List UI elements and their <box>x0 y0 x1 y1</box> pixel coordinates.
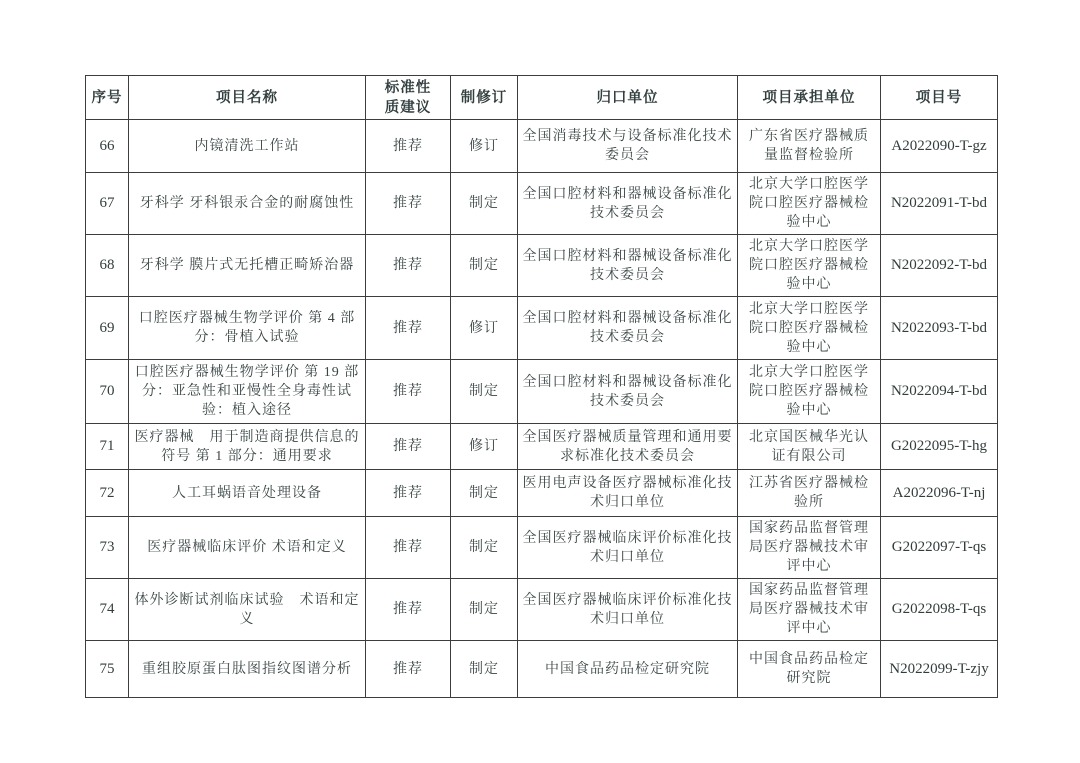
row-number: 75 <box>86 641 129 698</box>
undertaking-unit: 广东省医疗器械质量监督检验所 <box>738 120 881 173</box>
revision-type: 制定 <box>451 517 518 579</box>
project-name: 牙科学 膜片式无托槽正畸矫治器 <box>129 235 366 297</box>
centralized-unit: 全国医疗器械临床评价标准化技术归口单位 <box>518 517 738 579</box>
standard-nature: 推荐 <box>366 579 451 641</box>
row-number: 70 <box>86 360 129 424</box>
project-name: 医疗器械临床评价 术语和定义 <box>129 517 366 579</box>
table-row: 69口腔医疗器械生物学评价 第 4 部分：骨植入试验推荐修订全国口腔材料和器械设… <box>86 297 998 360</box>
standard-nature: 推荐 <box>366 360 451 424</box>
project-name: 内镜清洗工作站 <box>129 120 366 173</box>
undertaking-unit: 北京国医械华光认证有限公司 <box>738 424 881 470</box>
standard-nature: 推荐 <box>366 120 451 173</box>
table-row: 75重组胶原蛋白肽图指纹图谱分析推荐制定中国食品药品检定研究院中国食品药品检定研… <box>86 641 998 698</box>
project-code: N2022099-T-zjy <box>881 641 998 698</box>
project-name: 口腔医疗器械生物学评价 第 19 部分：亚急性和亚慢性全身毒性试验：植入途径 <box>129 360 366 424</box>
table-row: 72人工耳蜗语音处理设备推荐制定医用电声设备医疗器械标准化技术归口单位江苏省医疗… <box>86 470 998 517</box>
row-number: 68 <box>86 235 129 297</box>
header-standard-nature: 标准性质建议 <box>366 76 451 120</box>
centralized-unit: 全国口腔材料和器械设备标准化技术委员会 <box>518 297 738 360</box>
revision-type: 制定 <box>451 360 518 424</box>
project-code: N2022093-T-bd <box>881 297 998 360</box>
row-number: 71 <box>86 424 129 470</box>
revision-type: 修订 <box>451 297 518 360</box>
header-centralized-unit: 归口单位 <box>518 76 738 120</box>
standard-nature: 推荐 <box>366 641 451 698</box>
project-name: 重组胶原蛋白肽图指纹图谱分析 <box>129 641 366 698</box>
undertaking-unit: 国家药品监督管理局医疗器械技术审评中心 <box>738 517 881 579</box>
revision-type: 制定 <box>451 579 518 641</box>
project-code: G2022098-T-qs <box>881 579 998 641</box>
standard-nature: 推荐 <box>366 424 451 470</box>
project-name: 人工耳蜗语音处理设备 <box>129 470 366 517</box>
centralized-unit: 全国医疗器械临床评价标准化技术归口单位 <box>518 579 738 641</box>
centralized-unit: 全国口腔材料和器械设备标准化技术委员会 <box>518 173 738 235</box>
table-row: 70口腔医疗器械生物学评价 第 19 部分：亚急性和亚慢性全身毒性试验：植入途径… <box>86 360 998 424</box>
undertaking-unit: 北京大学口腔医学院口腔医疗器械检验中心 <box>738 173 881 235</box>
document-page: 序号 项目名称 标准性质建议 制修订 归口单位 项目承担单位 项目号 66内镜清… <box>0 0 1080 763</box>
project-code: A2022096-T-nj <box>881 470 998 517</box>
table-row: 74体外诊断试剂临床试验 术语和定义推荐制定全国医疗器械临床评价标准化技术归口单… <box>86 579 998 641</box>
table-body: 66内镜清洗工作站推荐修订全国消毒技术与设备标准化技术委员会广东省医疗器械质量监… <box>86 120 998 698</box>
header-revision-type: 制修订 <box>451 76 518 120</box>
table-row: 67牙科学 牙科银汞合金的耐腐蚀性推荐制定全国口腔材料和器械设备标准化技术委员会… <box>86 173 998 235</box>
standard-nature: 推荐 <box>366 173 451 235</box>
centralized-unit: 全国口腔材料和器械设备标准化技术委员会 <box>518 235 738 297</box>
project-code: G2022095-T-hg <box>881 424 998 470</box>
project-name: 口腔医疗器械生物学评价 第 4 部分：骨植入试验 <box>129 297 366 360</box>
project-code: A2022090-T-gz <box>881 120 998 173</box>
undertaking-unit: 北京大学口腔医学院口腔医疗器械检验中心 <box>738 360 881 424</box>
centralized-unit: 医用电声设备医疗器械标准化技术归口单位 <box>518 470 738 517</box>
header-project-name: 项目名称 <box>129 76 366 120</box>
project-name: 牙科学 牙科银汞合金的耐腐蚀性 <box>129 173 366 235</box>
row-number: 72 <box>86 470 129 517</box>
revision-type: 修订 <box>451 120 518 173</box>
revision-type: 制定 <box>451 235 518 297</box>
standard-nature: 推荐 <box>366 235 451 297</box>
revision-type: 制定 <box>451 173 518 235</box>
revision-type: 制定 <box>451 470 518 517</box>
table-header: 序号 项目名称 标准性质建议 制修订 归口单位 项目承担单位 项目号 <box>86 76 998 120</box>
table-row: 73医疗器械临床评价 术语和定义推荐制定全国医疗器械临床评价标准化技术归口单位国… <box>86 517 998 579</box>
revision-type: 制定 <box>451 641 518 698</box>
project-name: 体外诊断试剂临床试验 术语和定义 <box>129 579 366 641</box>
table-row: 71医疗器械 用于制造商提供信息的符号 第 1 部分：通用要求推荐修订全国医疗器… <box>86 424 998 470</box>
row-number: 67 <box>86 173 129 235</box>
project-code: G2022097-T-qs <box>881 517 998 579</box>
row-number: 74 <box>86 579 129 641</box>
header-undertaking-unit: 项目承担单位 <box>738 76 881 120</box>
header-row: 序号 项目名称 标准性质建议 制修订 归口单位 项目承担单位 项目号 <box>86 76 998 120</box>
table-row: 66内镜清洗工作站推荐修订全国消毒技术与设备标准化技术委员会广东省医疗器械质量监… <box>86 120 998 173</box>
centralized-unit: 全国医疗器械质量管理和通用要求标准化技术委员会 <box>518 424 738 470</box>
standard-nature: 推荐 <box>366 470 451 517</box>
undertaking-unit: 国家药品监督管理局医疗器械技术审评中心 <box>738 579 881 641</box>
project-code: N2022094-T-bd <box>881 360 998 424</box>
standard-nature: 推荐 <box>366 297 451 360</box>
undertaking-unit: 江苏省医疗器械检验所 <box>738 470 881 517</box>
undertaking-unit: 中国食品药品检定研究院 <box>738 641 881 698</box>
row-number: 66 <box>86 120 129 173</box>
standards-table: 序号 项目名称 标准性质建议 制修订 归口单位 项目承担单位 项目号 66内镜清… <box>85 75 998 698</box>
centralized-unit: 中国食品药品检定研究院 <box>518 641 738 698</box>
undertaking-unit: 北京大学口腔医学院口腔医疗器械检验中心 <box>738 297 881 360</box>
project-code: N2022091-T-bd <box>881 173 998 235</box>
header-no: 序号 <box>86 76 129 120</box>
row-number: 73 <box>86 517 129 579</box>
table-row: 68牙科学 膜片式无托槽正畸矫治器推荐制定全国口腔材料和器械设备标准化技术委员会… <box>86 235 998 297</box>
centralized-unit: 全国口腔材料和器械设备标准化技术委员会 <box>518 360 738 424</box>
standard-nature: 推荐 <box>366 517 451 579</box>
project-code: N2022092-T-bd <box>881 235 998 297</box>
header-project-code: 项目号 <box>881 76 998 120</box>
undertaking-unit: 北京大学口腔医学院口腔医疗器械检验中心 <box>738 235 881 297</box>
project-name: 医疗器械 用于制造商提供信息的符号 第 1 部分：通用要求 <box>129 424 366 470</box>
revision-type: 修订 <box>451 424 518 470</box>
centralized-unit: 全国消毒技术与设备标准化技术委员会 <box>518 120 738 173</box>
row-number: 69 <box>86 297 129 360</box>
